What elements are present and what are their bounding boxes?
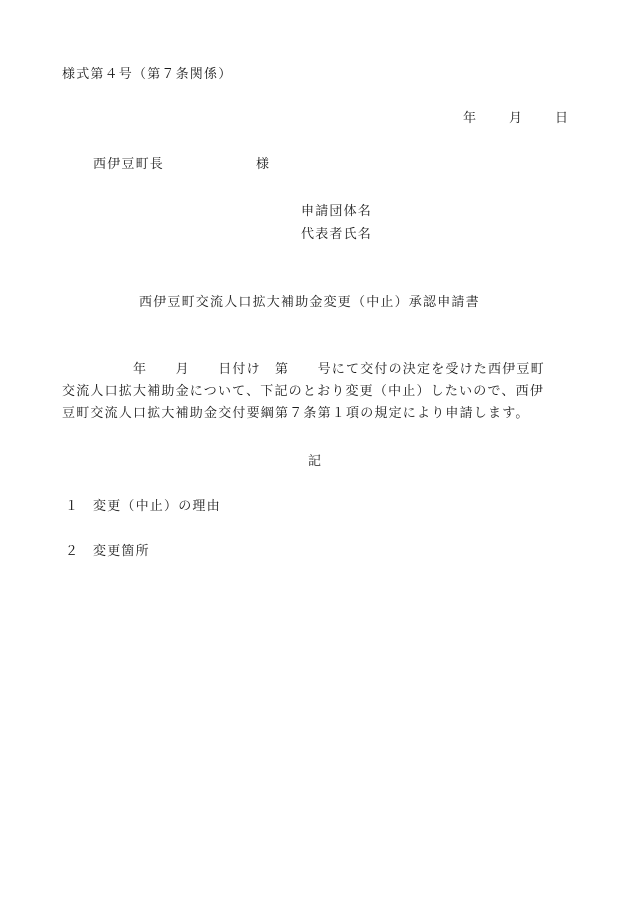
applicant-organization-label: 申請団体名 bbox=[301, 204, 372, 220]
addressee: 西伊豆町長 様 bbox=[93, 157, 164, 173]
date-year-label: 年 bbox=[463, 111, 509, 127]
list-item: ２変更箇所 bbox=[65, 544, 150, 560]
document-title: 西伊豆町交流人口拡大補助金変更（中止）承認申請書 bbox=[139, 295, 480, 311]
item-number: １ bbox=[65, 499, 93, 515]
item-label: 変更箇所 bbox=[93, 544, 150, 559]
list-item: １変更（中止）の理由 bbox=[65, 499, 221, 515]
body-paragraph: 年 月 日付け 第 号にて交付の決定を受けた西伊豆町 交流人口拡大補助金について… bbox=[62, 362, 582, 428]
addressee-name: 西伊豆町長 bbox=[93, 157, 164, 172]
body-line: 交流人口拡大補助金について、下記のとおり変更（中止）したいので、西伊 bbox=[62, 384, 582, 406]
item-label: 変更（中止）の理由 bbox=[93, 499, 221, 514]
representative-name-label: 代表者氏名 bbox=[301, 227, 372, 243]
date-line: 年月日 bbox=[463, 111, 569, 127]
body-line: 年 月 日付け 第 号にて交付の決定を受けた西伊豆町 bbox=[62, 362, 582, 384]
date-month-label: 月 bbox=[509, 111, 555, 127]
date-day-label: 日 bbox=[555, 111, 569, 127]
ki-heading: 記 bbox=[308, 454, 322, 470]
body-line: 豆町交流人口拡大補助金交付要綱第７条第１項の規定により申請します。 bbox=[62, 406, 582, 428]
item-number: ２ bbox=[65, 544, 93, 560]
addressee-honorific: 様 bbox=[256, 157, 270, 173]
form-number: 様式第４号（第７条関係） bbox=[62, 67, 232, 83]
